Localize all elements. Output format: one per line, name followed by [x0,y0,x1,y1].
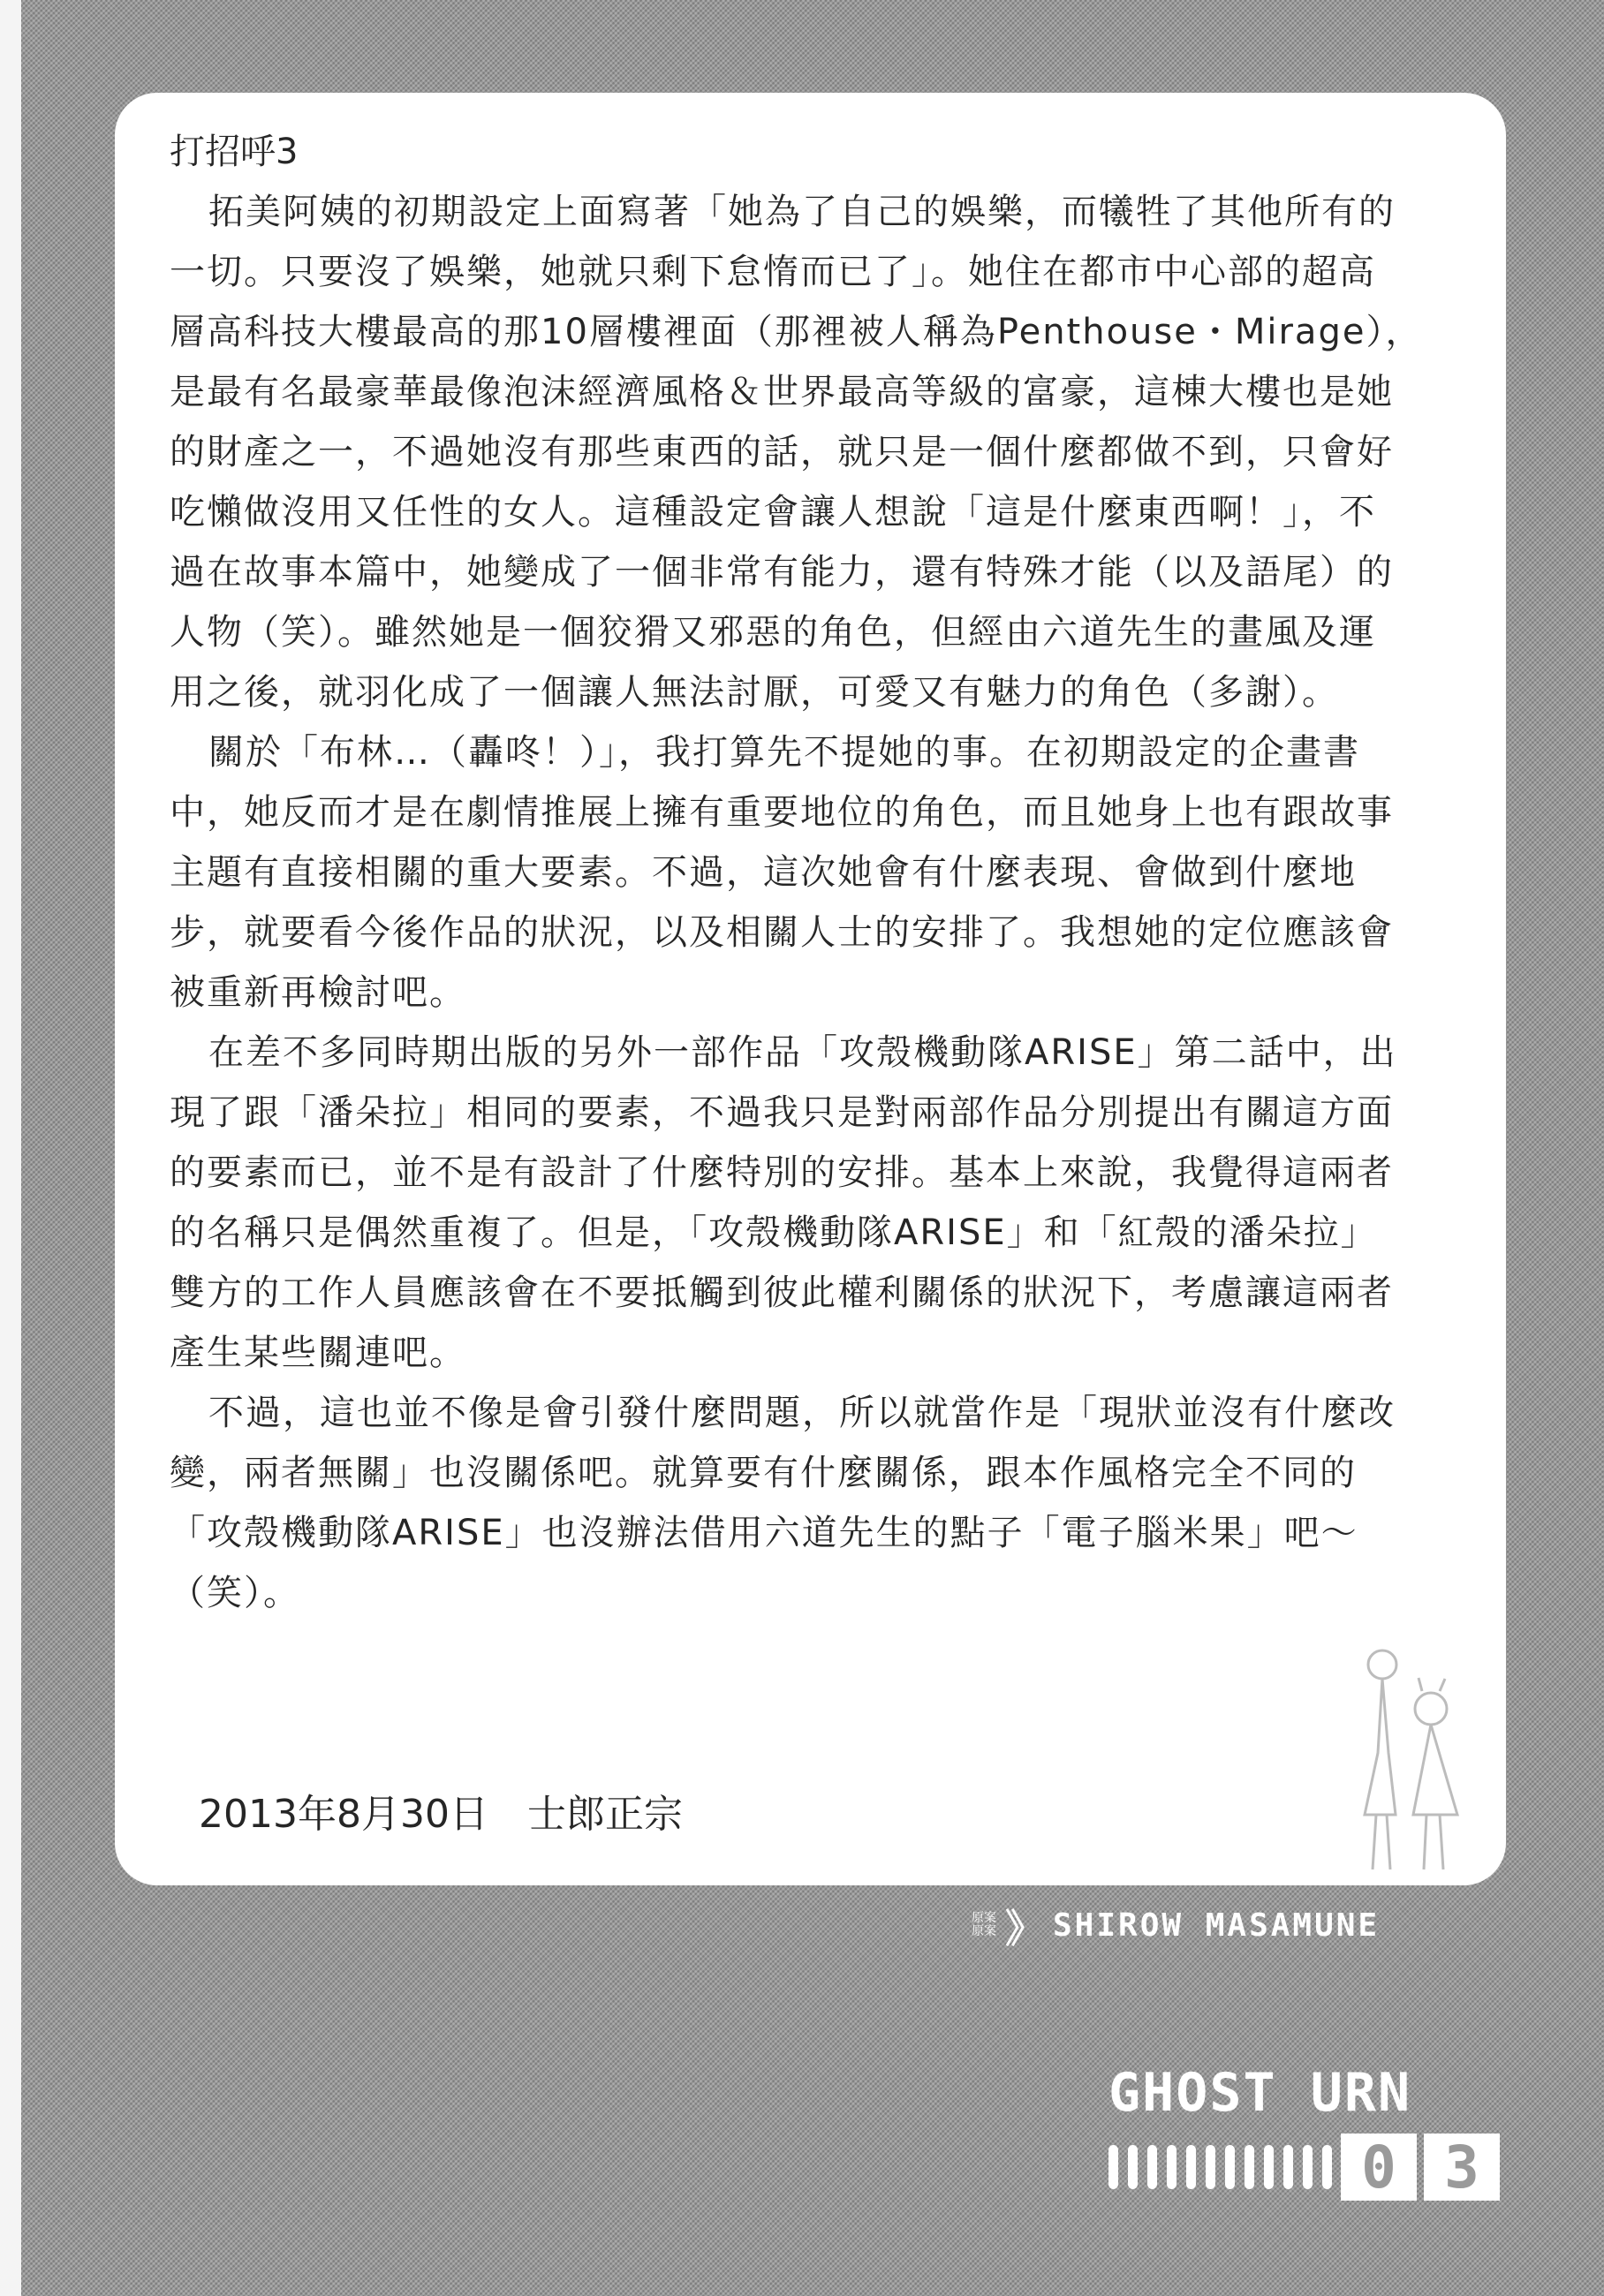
text-line: 被重新再檢討吧。 [170,964,466,1015]
series-logo: GHOST URN 0 3 [1108,2066,1506,2201]
text-line: 不過，這也並不像是會引發什麼問題，所以就當作是「現狀並沒有什麼改 [208,1385,1396,1435]
text-line: 層高科技大樓最高的那10層樓裡面（那裡被人稱為Penthouse・Mirage）… [170,304,1422,354]
author-name: SHIROW MASAMUNE [1053,1907,1380,1944]
text-line: 中，她反而才是在劇情推展上擁有重要地位的角色，而且她身上也有跟故事 [170,784,1394,835]
text-line: 雙方的工作人員應該會在不要抵觸到彼此權利關係的狀況下，考慮讓這兩者 [170,1265,1394,1315]
text-line: 關於「布林…（轟咚！）」，我打算先不提她的事。在初期設定的企畫書 [208,724,1360,774]
author-credit: 原案 原案 》 SHIROW MASAMUNE [972,1899,1380,1952]
text-line: 拓美阿姨的初期設定上面寫著「她為了自己的娛樂，而犧牲了其他所有的 [208,184,1396,234]
text-line: 現了跟「潘朵拉」相同的要素，不過我只是對兩部作品分別提出有關這方面 [170,1084,1394,1135]
text-line: 人物（笑）。雖然她是一個狡猾又邪惡的角色，但經由六道先生的畫風及運 [170,604,1376,654]
text-line: 「攻殼機動隊ARISE」也沒辦法借用六道先生的點子「電子腦米果」吧～ [170,1505,1358,1555]
text-line: 的財產之一，不過她沒有那些東西的話，就只是一個什麼都做不到，只會好 [170,424,1394,474]
text-line: （笑）。 [170,1565,300,1615]
page-edge [0,0,21,2296]
text-line: 產生某些關連吧。 [170,1325,466,1375]
credit-role: 原案 原案 [972,1912,996,1938]
character-silhouette-illustration [1343,1638,1475,1877]
text-line: 步，就要看今後作品的狀況，以及相關人士的安排了。我想她的定位應該會 [170,904,1394,955]
text-line: 一切。只要沒了娛樂，她就只剩下怠惰而已了」。她住在都市中心部的超高 [170,244,1376,294]
signature: 2013年8月30日 士郎正宗 [199,1782,683,1839]
text-line: 的名稱只是偶然重複了。但是，「攻殼機動隊ARISE」和「紅殼的潘朵拉」 [170,1205,1378,1255]
volume-number: 0 3 [1341,2134,1500,2201]
text-line: 在差不多同時期出版的另外一部作品「攻殼機動隊ARISE」第二話中，出 [208,1024,1397,1075]
logo-title: GHOST URN [1108,2066,1506,2119]
text-line: 用之後，就羽化成了一個讓人無法討厭，可愛又有魅力的角色（多謝）。 [170,664,1339,714]
text-line: 變，兩者無關」也沒關係吧。就算要有什麼關係，跟本作風格完全不同的 [170,1445,1357,1495]
text-line: 主題有直接相關的重大要素。不過，這次她會有什麼表現、會做到什麼地 [170,844,1357,895]
double-chevron-icon: 》 [1005,1897,1044,1953]
text-line: 的要素而已，並不是有設計了什麼特別的安排。基本上來說，我覺得這兩者 [170,1144,1394,1195]
text-line: 是最有名最豪華最像泡沫經濟風格＆世界最高等級的富豪，這棟大樓也是她 [170,364,1394,414]
afterword-title: 打招呼3 [170,124,298,174]
text-line: 吃懶做沒用又任性的女人。這種設定會讓人想說「這是什麼東西啊！」，不 [170,484,1376,534]
barcode-decoration-icon [1108,2145,1332,2189]
text-line: 過在故事本篇中，她變成了一個非常有能力，還有特殊才能（以及語尾）的 [170,544,1394,594]
